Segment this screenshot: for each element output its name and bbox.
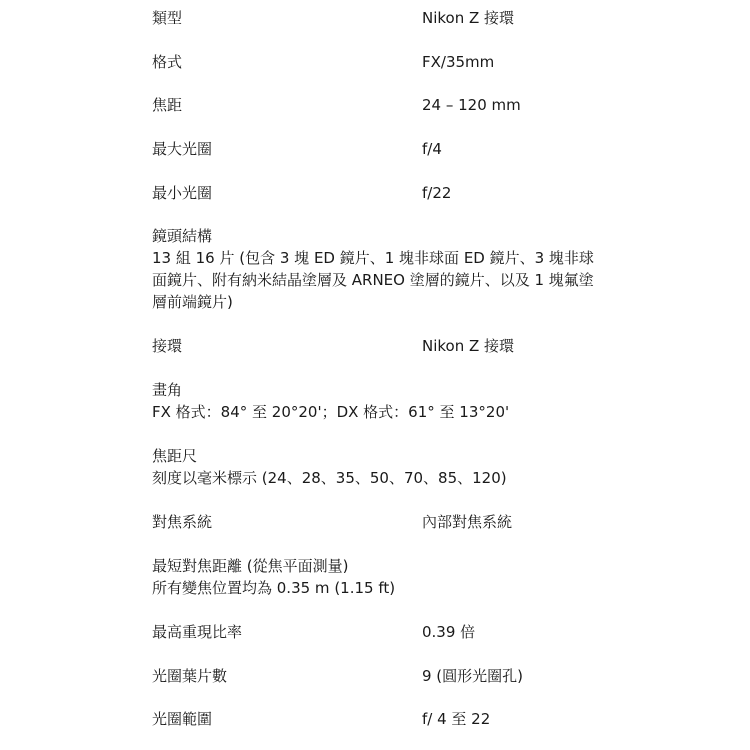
spec-row-diaphragm-blades: 光圈葉片數 9 (圓形光圈孔) [152,665,602,687]
spec-value: FX 格式：84° 至 20°20'；DX 格式：61° 至 13°20' [152,401,597,423]
spec-row-format: 格式 FX/35mm [152,51,602,73]
spec-row-aperture-range: 光圈範圍 f/ 4 至 22 [152,708,602,730]
spec-row-focal-length-scale: 焦距尺 刻度以毫米標示 (24、28、35、50、70、85、120) [152,445,602,489]
spec-row-focus-system: 對焦系統 內部對焦系統 [152,511,602,533]
spec-row-max-reproduction-ratio: 最高重現比率 0.39 倍 [152,621,602,643]
spec-value: 24 – 120 mm [422,94,521,116]
spec-row-angle-of-view: 畫角 FX 格式：84° 至 20°20'；DX 格式：61° 至 13°20' [152,379,602,423]
spec-value: 內部對焦系統 [422,511,512,533]
spec-label: 焦距尺 [152,445,602,467]
spec-row-lens-construction: 鏡頭結構 13 組 16 片 (包含 3 塊 ED 鏡片、1 塊非球面 ED 鏡… [152,225,602,313]
spec-label: 鏡頭結構 [152,225,602,247]
spec-value: f/22 [422,182,451,204]
spec-value: 所有變焦位置均為 0.35 m (1.15 ft) [152,577,597,599]
spec-value: Nikon Z 接環 [422,335,514,357]
spec-label: 光圈範圍 [152,708,212,730]
spec-value: FX/35mm [422,51,494,73]
spec-value: Nikon Z 接環 [422,7,514,29]
spec-value: 刻度以毫米標示 (24、28、35、50、70、85、120) [152,467,597,489]
spec-label: 最短對焦距離 (從焦平面測量) [152,555,602,577]
spec-label: 格式 [152,51,182,73]
spec-label: 焦距 [152,94,182,116]
spec-row-mount: 接環 Nikon Z 接環 [152,335,602,357]
spec-row-type: 類型 Nikon Z 接環 [152,7,602,29]
spec-row-min-aperture: 最小光圈 f/22 [152,182,602,204]
spec-label: 畫角 [152,379,602,401]
spec-label: 最大光圈 [152,138,212,160]
spec-label: 最高重現比率 [152,621,242,643]
spec-value: f/ 4 至 22 [422,708,490,730]
spec-label: 光圈葉片數 [152,665,227,687]
spec-label: 接環 [152,335,182,357]
spec-value: f/4 [422,138,442,160]
spec-value: 9 (圓形光圈孔) [422,665,523,687]
spec-value: 13 組 16 片 (包含 3 塊 ED 鏡片、1 塊非球面 ED 鏡片、3 塊… [152,247,597,313]
spec-row-focal-length: 焦距 24 – 120 mm [152,94,602,116]
spec-row-max-aperture: 最大光圈 f/4 [152,138,602,160]
spec-label: 對焦系統 [152,511,212,533]
spec-label: 最小光圈 [152,182,212,204]
spec-label: 類型 [152,7,182,29]
spec-value: 0.39 倍 [422,621,475,643]
spec-row-min-focus-distance: 最短對焦距離 (從焦平面測量) 所有變焦位置均為 0.35 m (1.15 ft… [152,555,602,599]
spec-list: 類型 Nikon Z 接環 格式 FX/35mm 焦距 24 – 120 mm … [152,7,602,750]
